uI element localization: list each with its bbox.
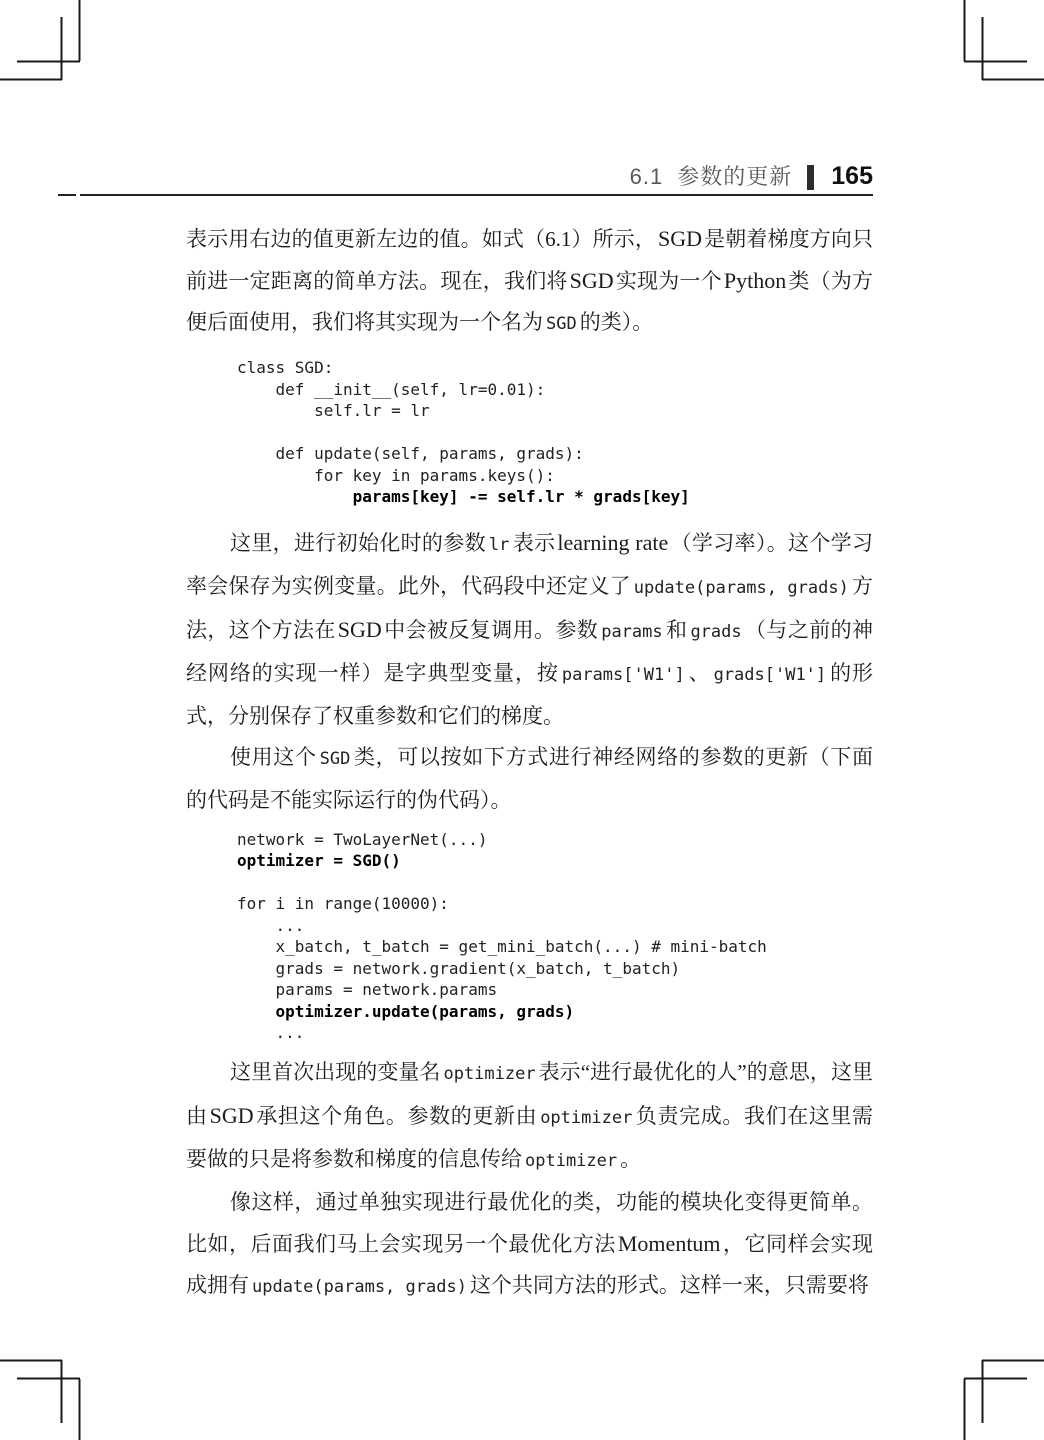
- text-run: update(params, grads): [634, 578, 849, 598]
- paragraph: 这里首次出现的变量名optimizer表示“进行最优化的人”的意思，这里由SGD…: [186, 1052, 873, 1182]
- code-block-optimizer-usage: network = TwoLayerNet(...) optimizer = S…: [237, 829, 873, 1044]
- paragraph: 使用这个SGD类，可以按如下方式进行神经网络的参数的更新（下面的代码是不能实际运…: [186, 737, 873, 821]
- text-run: SGD: [658, 226, 702, 251]
- page-header: 6.1 参数的更新 165: [58, 160, 873, 191]
- code-line: network = TwoLayerNet(...): [237, 830, 487, 849]
- text-run: 这里首次出现的变量名: [230, 1060, 440, 1084]
- text-run: learning rate: [557, 530, 668, 555]
- text-run: Momentum: [618, 1231, 721, 1256]
- code-line: x_batch, t_batch = get_mini_batch(...) #…: [237, 937, 767, 956]
- text-run: 这里，进行初始化时的参数: [230, 531, 486, 555]
- text-run: SGD: [338, 617, 382, 642]
- section-title: 参数的更新: [677, 160, 792, 191]
- text-run: lr: [489, 535, 509, 555]
- text-run: 承担这个角色。参数的更新由: [256, 1104, 538, 1128]
- text-run: grads: [690, 622, 741, 642]
- code-line: grads = network.gradient(x_batch, t_batc…: [237, 959, 680, 978]
- crop-mark-bottom-left: [0, 1360, 80, 1440]
- text-run: SGD: [546, 314, 577, 334]
- paragraph: 表示用右边的值更新左边的值。如式（6.1）所示，SGD是朝着梯度方向只前进一定距…: [186, 218, 873, 345]
- text-run: params['W1']: [562, 665, 685, 685]
- code-line: for i in range(10000):: [237, 894, 449, 913]
- text-run: grads['W1']: [714, 665, 827, 685]
- text-run: update(params, grads): [252, 1277, 467, 1297]
- text-run: SGD: [210, 1103, 254, 1128]
- crop-mark-bottom-right: [964, 1360, 1044, 1440]
- text-run: 使用这个: [230, 745, 317, 769]
- text-run: 实现为一个: [616, 269, 722, 293]
- code-line: self.lr = lr: [237, 401, 430, 420]
- text-run: 中会被反复调用。参数: [384, 618, 598, 642]
- text-run: 、: [688, 661, 711, 685]
- text-run: optimizer: [525, 1151, 617, 1171]
- section-number: 6.1: [630, 164, 664, 190]
- paragraph: 这里，进行初始化时的参数lr表示learning rate（学习率）。这个学习率…: [186, 522, 873, 737]
- code-line: def __init__(self, lr=0.01):: [237, 380, 545, 399]
- code-line: ...: [237, 916, 304, 935]
- code-line: optimizer.update(params, grads): [237, 1002, 574, 1021]
- code-line: params[key] -= self.lr * grads[key]: [237, 487, 690, 506]
- text-run: optimizer: [540, 1108, 632, 1128]
- code-line: params = network.params: [237, 980, 497, 999]
- page-number: 165: [831, 162, 873, 191]
- code-line: for key in params.keys():: [237, 466, 555, 485]
- code-line: def update(self, params, grads):: [237, 444, 584, 463]
- text-run: SGD: [320, 749, 351, 769]
- code-block-sgd-class: class SGD: def __init__(self, lr=0.01): …: [237, 357, 873, 508]
- book-page: 6.1 参数的更新 165 表示用右边的值更新左边的值。如式（6.1）所示，SG…: [0, 0, 1044, 1440]
- text-run: Python: [724, 268, 786, 293]
- paragraph: 像这样，通过单独实现进行最优化的类，功能的模块化变得更简单。比如，后面我们马上会…: [186, 1182, 873, 1308]
- code-line: ...: [237, 1023, 304, 1042]
- code-line: optimizer = SGD(): [237, 851, 401, 870]
- text-run: 表示用右边的值更新左边的值。如式（6.1）所示，: [186, 227, 656, 251]
- text-run: 表示: [512, 531, 555, 555]
- code-line: class SGD:: [237, 358, 333, 377]
- crop-mark-top-left: [0, 0, 80, 80]
- crop-mark-top-right: [964, 0, 1044, 80]
- text-run: 的类）。: [580, 310, 654, 334]
- text-run: optimizer: [443, 1064, 535, 1084]
- text-run: SGD: [570, 268, 614, 293]
- text-run: params: [601, 622, 662, 642]
- text-run: 。: [620, 1147, 641, 1171]
- page-body: 表示用右边的值更新左边的值。如式（6.1）所示，SGD是朝着梯度方向只前进一定距…: [186, 218, 873, 1308]
- header-divider-bar: [807, 165, 814, 190]
- text-run: 这个共同方法的形式。这样一来，只需要将: [470, 1273, 869, 1297]
- text-run: 和: [666, 618, 688, 642]
